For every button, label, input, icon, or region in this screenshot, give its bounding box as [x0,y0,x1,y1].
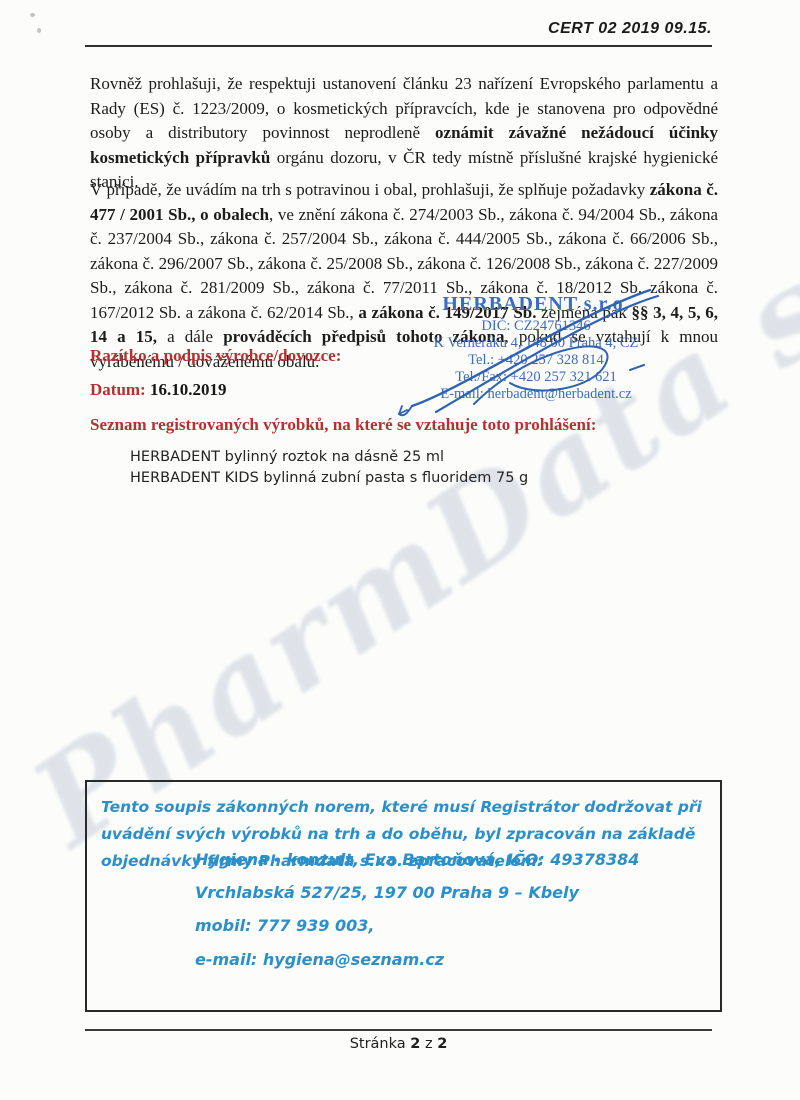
scan-speck [30,13,35,17]
company-stamp: HERBADENT s.r.o. DIČ: CZ24761346 K Verne… [388,293,684,403]
product-list: HERBADENT bylinný roztok na dásně 25 ml … [130,447,528,489]
registered-products-heading: Seznam registrovaných výrobků, na které … [90,415,596,435]
stamp-dic: DIČ: CZ24761346 [388,318,684,335]
date-label: Datum: [90,380,146,399]
product-item: HERBADENT bylinný roztok na dásně 25 ml [130,447,528,468]
footer-divider [85,1029,712,1031]
stamp-telfax: Tel./Fax: +420 257 321 621 [388,369,684,386]
stamp-email: E-mail: herbadent@herbadent.cz [388,386,684,403]
processor-mobile: mobil: 777 939 003, [195,916,374,935]
paragraph-cosmetics-declaration: Rovněž prohlašuji, že respektuji ustanov… [90,72,718,195]
product-item: HERBADENT KIDS bylinná zubní pasta s flu… [130,468,528,489]
scan-speck [37,28,41,33]
header-divider [85,45,712,47]
processor-info-box: Tento soupis zákonných norem, které musí… [85,780,722,1012]
stamp-tel: Tel.: +420 257 328 814 [388,352,684,369]
stamp-signature-heading: Razítko a podpis výrobce/dovozce: [90,346,341,366]
scanned-document-page: PharmData s. r. o. CERT 02 2019 09.15. R… [0,0,800,1100]
processor-name: Hygiena - konzult, Eva Bartoňová, IČO: 4… [195,850,639,869]
processor-address: Vrchlabská 527/25, 197 00 Praha 9 – Kbel… [195,883,579,902]
date-value: 16.10.2019 [150,380,227,399]
processor-email: e-mail: hygiena@seznam.cz [195,950,444,969]
date-row: Datum: 16.10.2019 [90,380,226,400]
stamp-address: K Verneráku 4, 148 00 Praha 4, CZ [388,335,684,352]
stamp-company-name: HERBADENT s.r.o. [388,293,684,316]
document-code: CERT 02 2019 09.15. [548,20,712,38]
page-number: Stránka 2 z 2 [85,1036,712,1052]
